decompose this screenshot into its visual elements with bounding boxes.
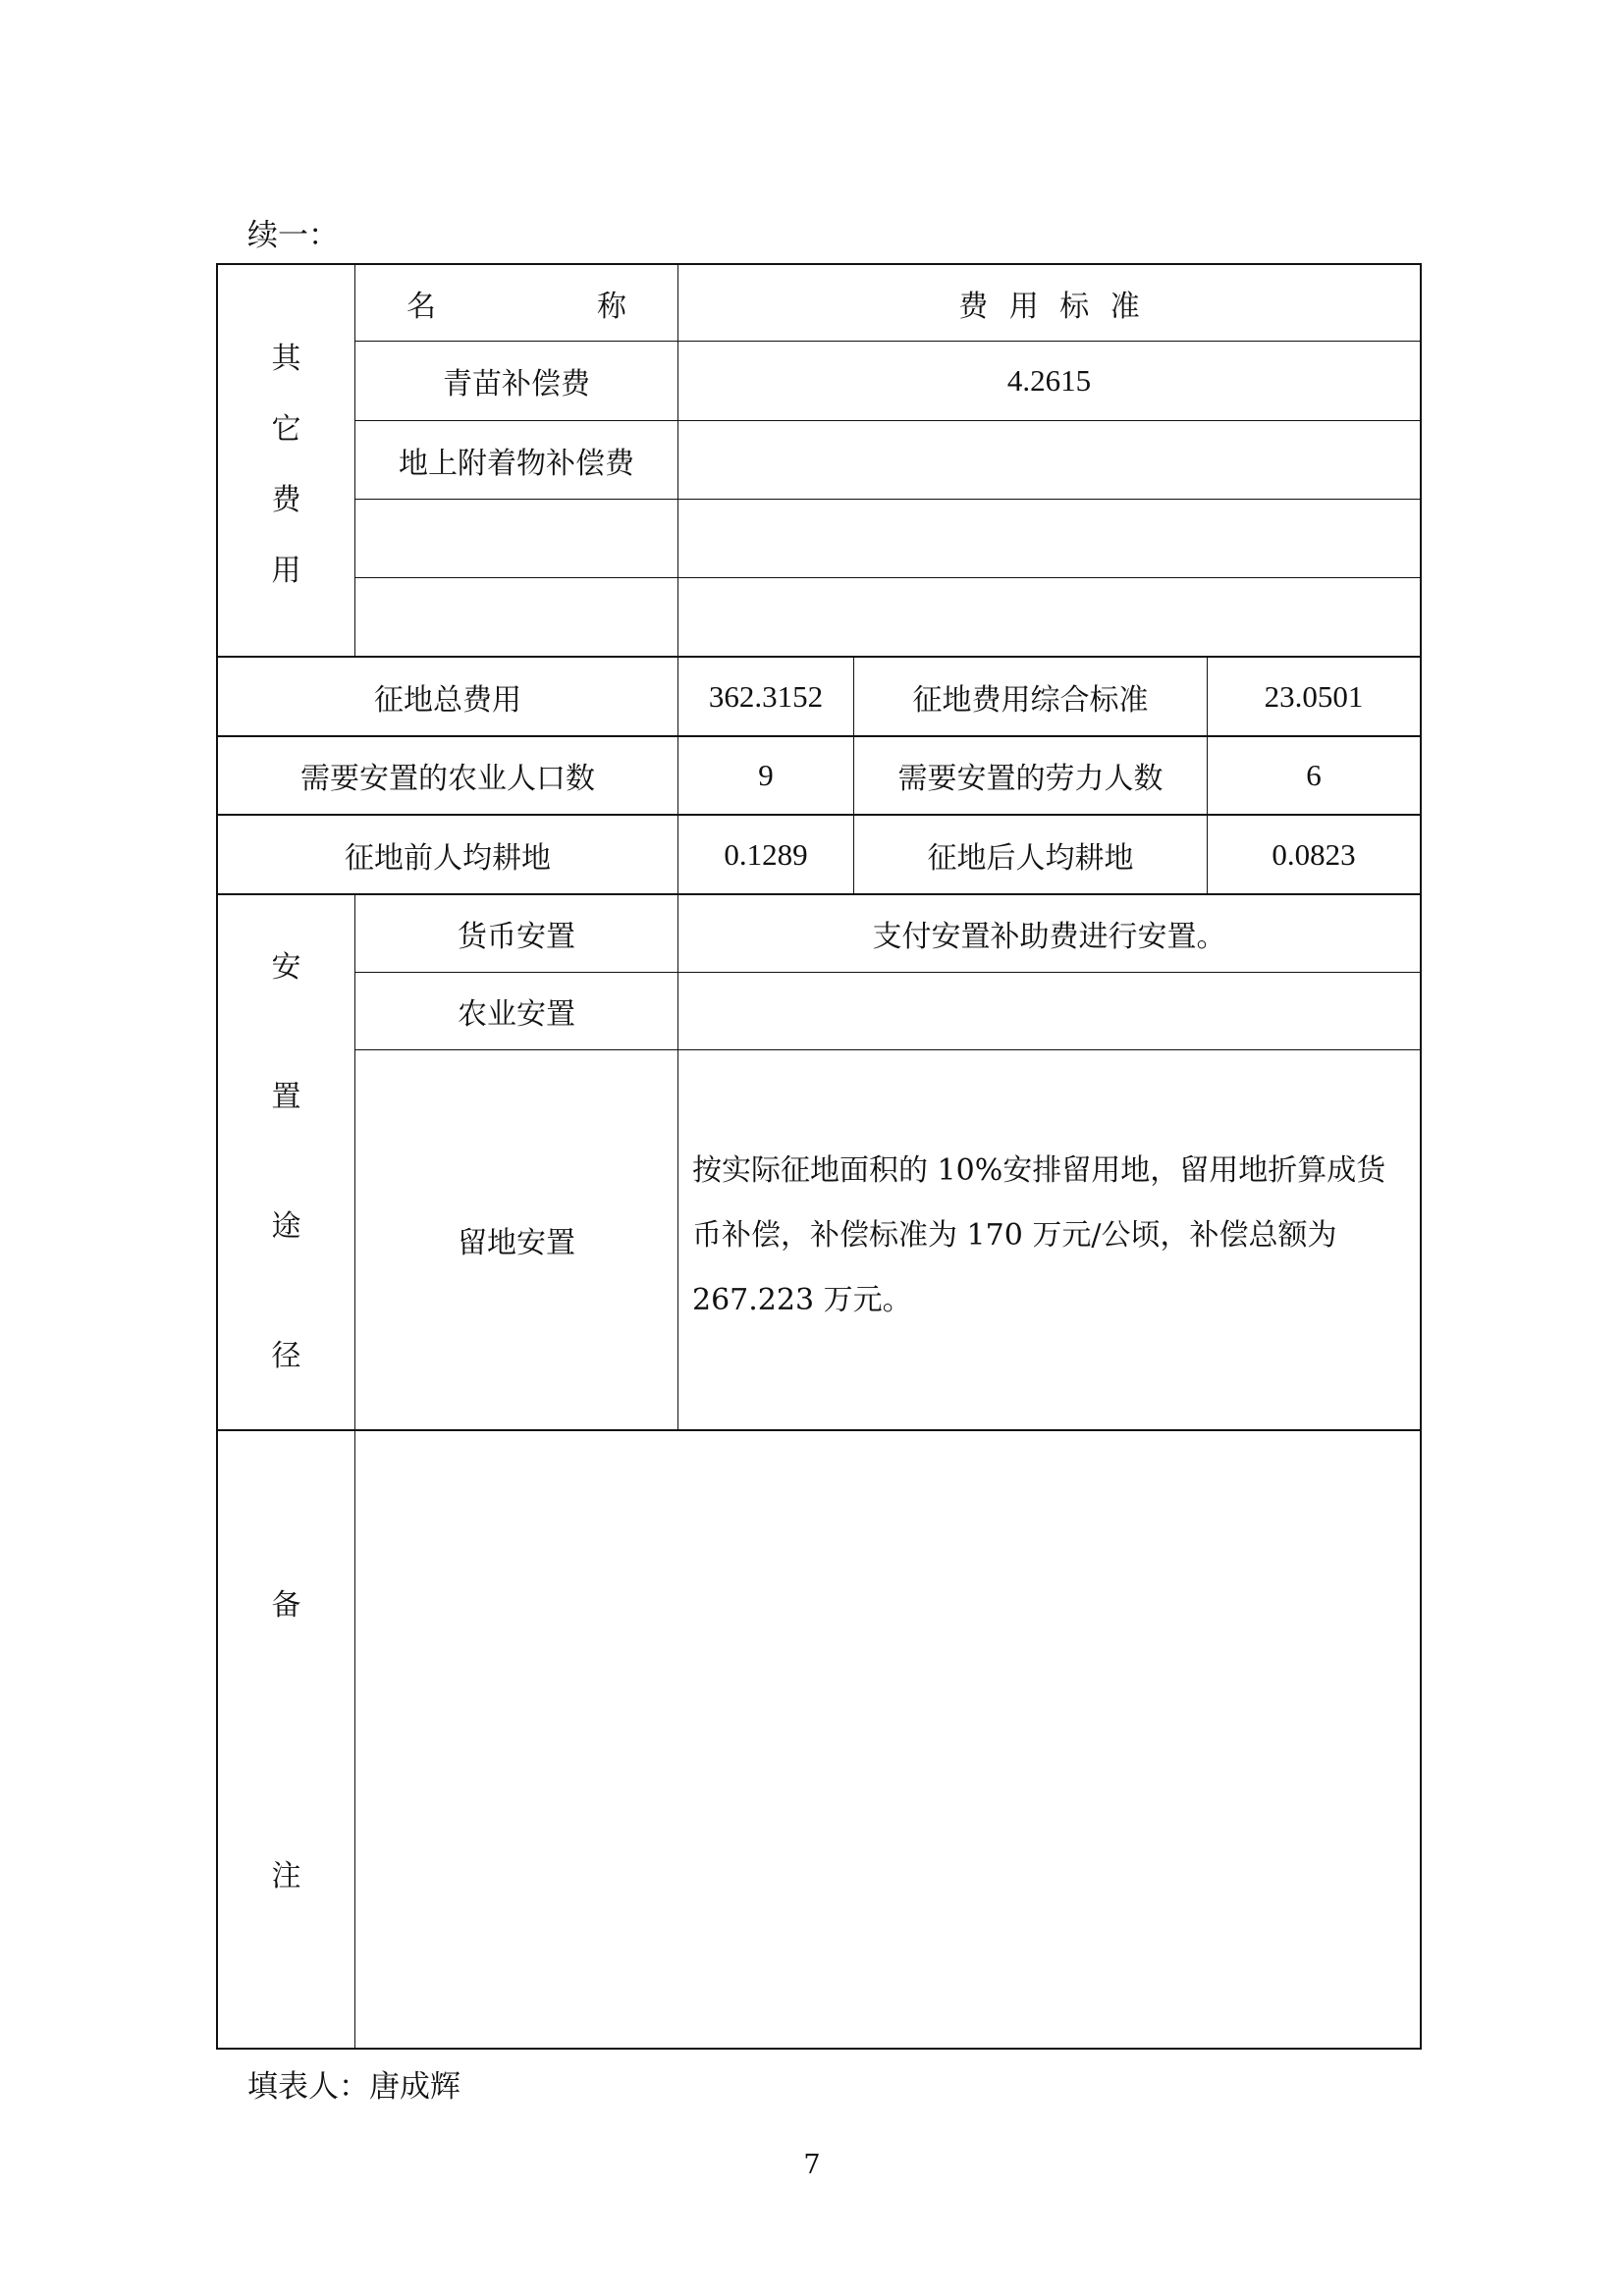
label-char: 它 bbox=[272, 404, 301, 448]
fee-value bbox=[678, 421, 1420, 499]
label-char: 径 bbox=[272, 1331, 301, 1374]
remarks-content bbox=[355, 1431, 1420, 2048]
label-char: 费 bbox=[272, 475, 301, 518]
resettlement-section-label: 安 置 途 径 bbox=[218, 942, 354, 1374]
fee-name: 青苗补偿费 bbox=[355, 342, 677, 420]
label-char: 安 bbox=[272, 942, 301, 986]
labor-value: 6 bbox=[1208, 737, 1420, 814]
fee-value: 4.2615 bbox=[678, 342, 1420, 420]
label-char: 其 bbox=[272, 334, 301, 377]
agri-pop-label: 需要安置的农业人口数 bbox=[218, 737, 677, 814]
label-char: 用 bbox=[272, 546, 301, 589]
header-char: 名 bbox=[406, 282, 436, 325]
remarks-section-label: 备 注 bbox=[218, 1580, 354, 1895]
resettlement-name: 留地安置 bbox=[355, 1050, 677, 1429]
composite-standard-label: 征地费用综合标准 bbox=[854, 658, 1207, 735]
other-fees-section-label: 其 它 费 用 bbox=[218, 334, 354, 589]
resettlement-name: 货币安置 bbox=[355, 895, 677, 972]
label-char: 备 bbox=[272, 1580, 301, 1624]
form-filler: 填表人：唐成辉 bbox=[247, 2061, 460, 2106]
reserved-land-description: 按实际征地面积的 10%安排留用地，留用地折算成货币补偿，补偿标准为 170 万… bbox=[692, 1139, 1409, 1333]
total-cost-label: 征地总费用 bbox=[218, 658, 677, 735]
agri-pop-value: 9 bbox=[678, 737, 853, 814]
page-number: 7 bbox=[0, 2150, 1624, 2180]
total-cost-value: 362.3152 bbox=[678, 658, 853, 735]
before-per-capita-value: 0.1289 bbox=[678, 816, 853, 893]
header-char: 称 bbox=[597, 282, 626, 325]
standard-header: 费 用 标 准 bbox=[678, 265, 1420, 341]
composite-standard-value: 23.0501 bbox=[1208, 658, 1420, 735]
label-char: 注 bbox=[272, 1851, 301, 1895]
resettlement-value: 支付安置补助费进行安置。 bbox=[678, 895, 1420, 972]
continuation-label: 续一： bbox=[247, 210, 339, 254]
fee-name: 地上附着物补偿费 bbox=[355, 421, 677, 499]
resettlement-name: 农业安置 bbox=[355, 973, 677, 1049]
label-char: 置 bbox=[272, 1072, 301, 1115]
label-char: 途 bbox=[272, 1201, 301, 1245]
after-per-capita-label: 征地后人均耕地 bbox=[854, 816, 1207, 893]
labor-label: 需要安置的劳力人数 bbox=[854, 737, 1207, 814]
name-header: 名 称 bbox=[355, 265, 677, 341]
after-per-capita-value: 0.0823 bbox=[1208, 816, 1420, 893]
before-per-capita-label: 征地前人均耕地 bbox=[218, 816, 677, 893]
